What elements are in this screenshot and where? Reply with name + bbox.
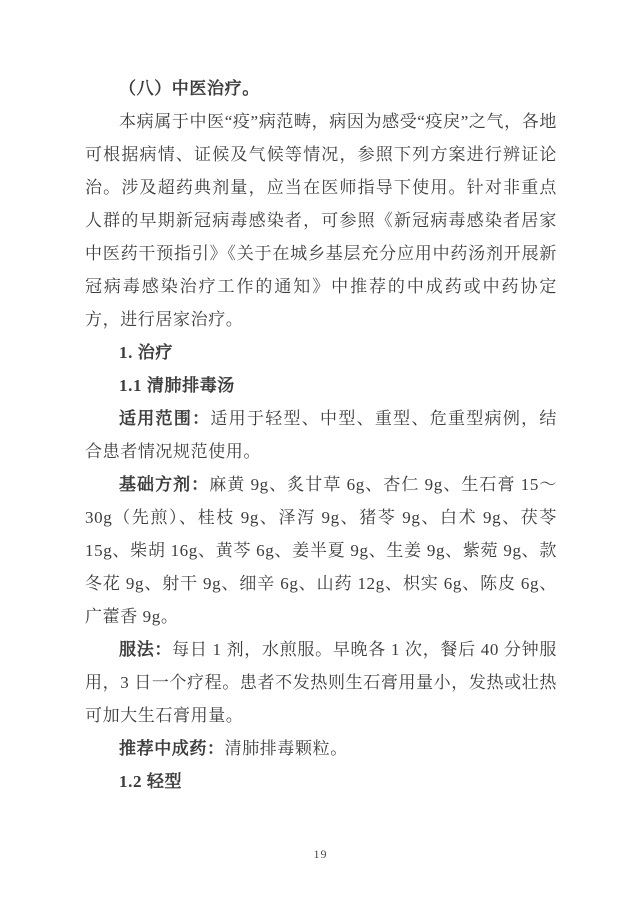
base-formula-label: 基础方剂： [119, 475, 209, 494]
subsection-mild-type: 1.2 轻型 [85, 765, 557, 798]
section-heading: （八）中医治疗。 [85, 72, 557, 105]
recommended-medicine-label: 推荐中成药： [119, 739, 225, 758]
document-page: （八）中医治疗。 本病属于中医“疫”病范畴，病因为感受“疫戾”之气，各地可根据病… [0, 0, 641, 906]
recommended-medicine-text: 清肺排毒颗粒。 [225, 739, 348, 758]
page-number: 19 [0, 847, 641, 862]
recommended-medicine-paragraph: 推荐中成药：清肺排毒颗粒。 [85, 732, 557, 765]
dosage-paragraph: 服法：每日 1 剂，水煎服。早晚各 1 次，餐后 40 分钟服用，3 日一个疗程… [85, 633, 557, 732]
dosage-label: 服法： [119, 640, 172, 659]
intro-paragraph: 本病属于中医“疫”病范畴，病因为感受“疫戾”之气，各地可根据病情、证候及气候等情… [85, 105, 557, 336]
base-formula-paragraph: 基础方剂：麻黄 9g、炙甘草 6g、杏仁 9g、生石膏 15～30g（先煎）、桂… [85, 468, 557, 633]
subsection-qingfei-decoction: 1.1 清肺排毒汤 [85, 369, 557, 402]
scope-paragraph: 适用范围：适用于轻型、中型、重型、危重型病例，结合患者情况规范使用。 [85, 402, 557, 468]
base-formula-text: 麻黄 9g、炙甘草 6g、杏仁 9g、生石膏 15～30g（先煎）、桂枝 9g、… [85, 475, 557, 626]
scope-label: 适用范围： [119, 409, 210, 428]
subsection-treatment: 1. 治疗 [85, 336, 557, 369]
page-content: （八）中医治疗。 本病属于中医“疫”病范畴，病因为感受“疫戾”之气，各地可根据病… [85, 72, 557, 798]
